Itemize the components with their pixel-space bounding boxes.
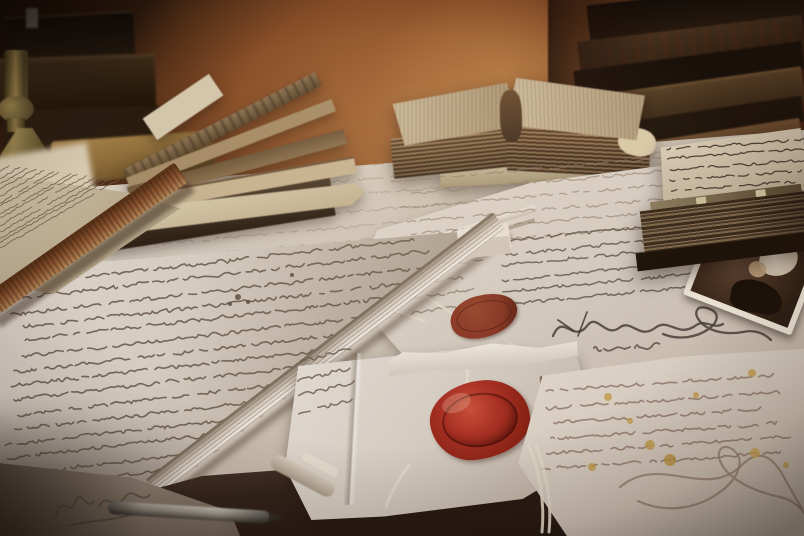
antique-manuscripts-photo <box>0 0 804 536</box>
warm-light-glow <box>0 0 804 536</box>
